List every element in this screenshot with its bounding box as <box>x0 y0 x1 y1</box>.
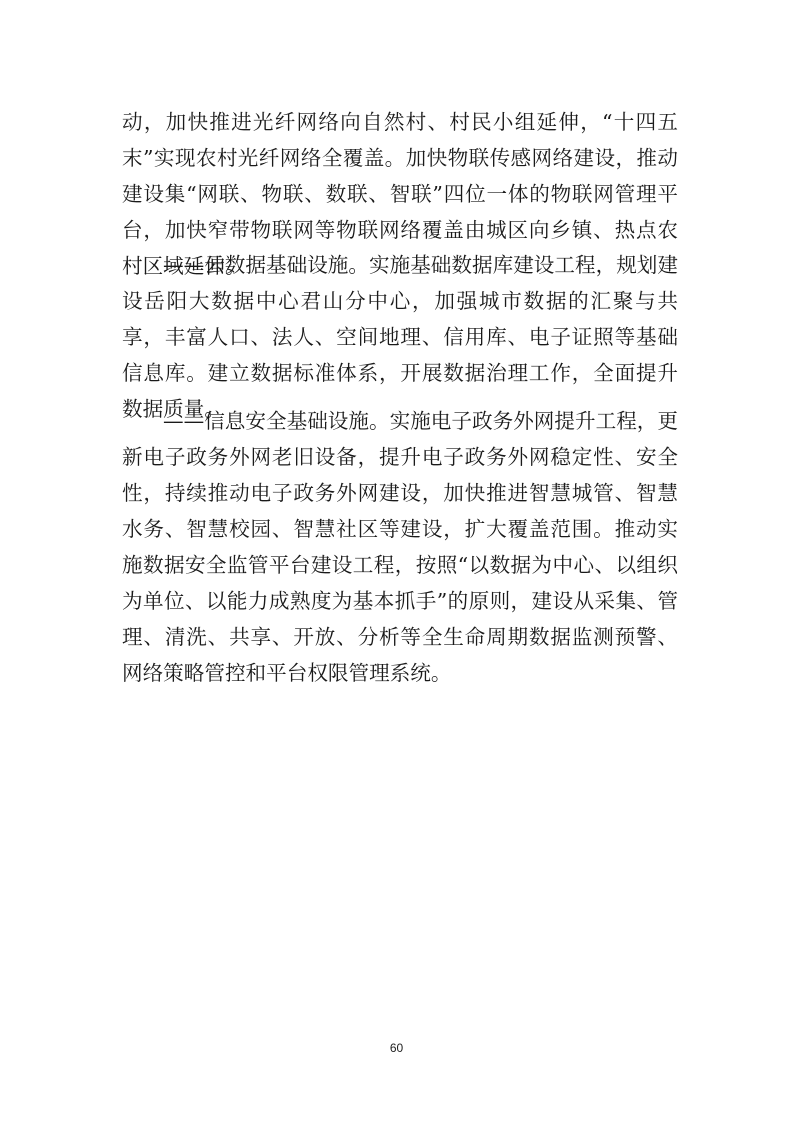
paragraph-information-security-infrastructure: ——信息安全基础设施。实施电子政务外网提升工程，更新电子政务外网老旧设备，提升电… <box>122 403 678 691</box>
paragraph-cloud-data-infrastructure: ——云数据基础设施。实施基础数据库建设工程，规划建设岳阳大数据中心君山分中心，加… <box>122 247 678 427</box>
document-page: 动，加快推进光纤网络向自然村、村民小组延伸，“十四五末”实现农村光纤网络全覆盖。… <box>0 0 793 1122</box>
page-number: 60 <box>0 1041 793 1055</box>
